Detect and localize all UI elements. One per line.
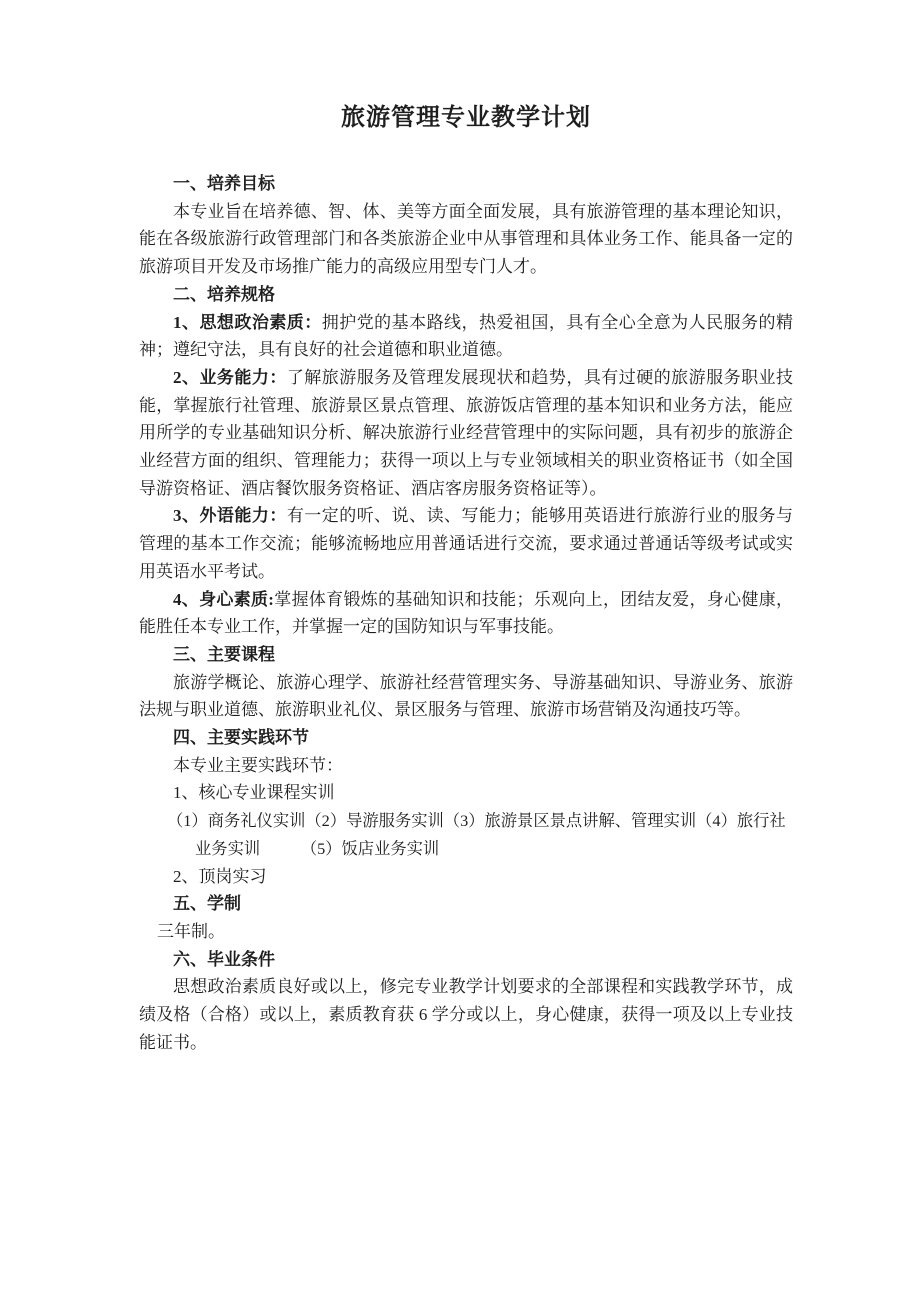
para-training-goal: 本专业旨在培养德、智、体、美等方面全面发展，具有旅游管理的基本理论知识，能在各级… <box>139 198 793 281</box>
heading-duration: 五、学制 <box>139 890 793 918</box>
spec-item-health-label: 4、身心素质: <box>173 590 274 609</box>
heading-training-goal: 一、培养目标 <box>139 170 793 198</box>
heading-main-courses: 三、主要课程 <box>139 641 793 669</box>
practice-item-core-training: 1、核心专业课程实训 <box>139 779 793 807</box>
practice-item-internship: 2、顶岗实习 <box>139 863 793 891</box>
para-graduation: 思想政治素质良好或以上，修完专业教学计划要求的全部课程和实践教学环节，成绩及格（… <box>139 973 793 1056</box>
spec-item-language-label: 3、外语能力： <box>173 506 287 525</box>
practice-subitems-line2: 业务实训 （5）饭店业务实训 <box>195 839 439 858</box>
spec-item-business-text: 了解旅游服务及管理发展现状和趋势，具有过硬的旅游服务职业技能，掌握旅行社管理、旅… <box>139 368 793 498</box>
spec-item-politics-label: 1、思想政治素质： <box>173 313 322 332</box>
document-page: 旅游管理专业教学计划 一、培养目标 本专业旨在培养德、智、体、美等方面全面发展，… <box>0 0 920 1302</box>
heading-graduation: 六、毕业条件 <box>139 946 793 974</box>
practice-subitems-line1: （1）商务礼仪实训（2）导游服务实训（3）旅游景区景点讲解、管理实训（4）旅行社 <box>167 811 786 830</box>
spec-item-health: 4、身心素质:掌握体育锻炼的基础知识和技能；乐观向上，团结友爱，身心健康，能胜任… <box>139 586 793 641</box>
heading-training-spec: 二、培养规格 <box>139 281 793 309</box>
spec-item-politics: 1、思想政治素质：拥护党的基本路线，热爱祖国，具有全心全意为人民服务的精神；遵纪… <box>139 309 793 364</box>
para-main-courses: 旅游学概论、旅游心理学、旅游社经营管理实务、导游基础知识、导游业务、旅游法规与职… <box>139 669 793 724</box>
spec-item-language: 3、外语能力：有一定的听、说、读、写能力；能够用英语进行旅游行业的服务与管理的基… <box>139 502 793 585</box>
practice-subitems: （1）商务礼仪实训（2）导游服务实训（3）旅游景区景点讲解、管理实训（4）旅行社… <box>139 807 793 862</box>
para-duration: 三年制。 <box>139 918 793 946</box>
heading-practice: 四、主要实践环节 <box>139 724 793 752</box>
doc-body: 旅游管理专业教学计划 一、培养目标 本专业旨在培养德、智、体、美等方面全面发展，… <box>139 0 793 1057</box>
spec-item-business: 2、业务能力：了解旅游服务及管理发展现状和趋势，具有过硬的旅游服务职业技能，掌握… <box>139 364 793 503</box>
doc-title: 旅游管理专业教学计划 <box>139 103 793 133</box>
spec-item-business-label: 2、业务能力： <box>173 368 287 387</box>
practice-intro: 本专业主要实践环节： <box>139 752 793 780</box>
